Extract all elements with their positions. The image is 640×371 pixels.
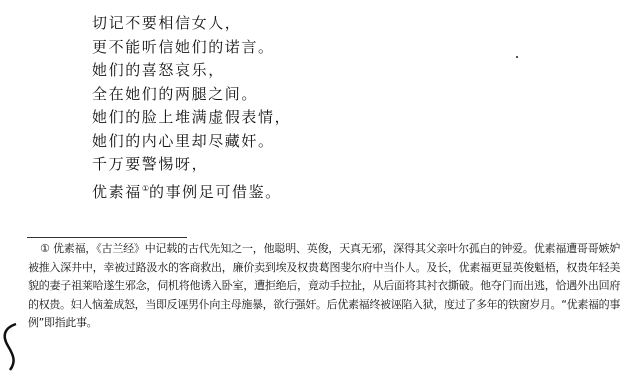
poem-text: 的事例足可借鉴。 <box>149 183 282 201</box>
poem-line: 更不能听信她们的诺言。 <box>92 36 291 60</box>
poem-line: 她们的内心里却尽藏奸。 <box>92 130 291 154</box>
poem-text: 优素福 <box>92 183 142 201</box>
footnote-reference[interactable]: ① <box>142 184 149 193</box>
page-edge-mark <box>0 322 20 371</box>
poem-block: 切记不要相信女人， 更不能听信她们的诺言。 她们的喜怒哀乐， 全在她们的两腿之间… <box>92 12 291 204</box>
poem-line: 她们的脸上堆满虚假表情， <box>92 106 291 130</box>
poem-line: 全在她们的两腿之间。 <box>92 83 291 107</box>
footnote-paragraph: ① 优素福，《古兰经》中记载的古代先知之一，他聪明、英俊，天真无邪，深得其父亲叶… <box>28 240 620 333</box>
poem-line-last: 优素福①的事例足可借鉴。 <box>92 177 291 205</box>
footnote-divider <box>27 237 187 238</box>
poem-line: 她们的喜怒哀乐， <box>92 59 291 83</box>
footnote-text: 优素福，《古兰经》中记载的古代先知之一，他聪明、英俊，天真无邪，深得其父亲叶尔孤… <box>28 242 620 329</box>
footnote-marker: ① <box>40 242 50 255</box>
scan-speck <box>516 56 518 58</box>
poem-line: 切记不要相信女人， <box>92 12 291 36</box>
poem-line: 千万要警惕呀， <box>92 153 291 177</box>
footnote: ① 优素福，《古兰经》中记载的古代先知之一，他聪明、英俊，天真无邪，深得其父亲叶… <box>28 240 620 333</box>
